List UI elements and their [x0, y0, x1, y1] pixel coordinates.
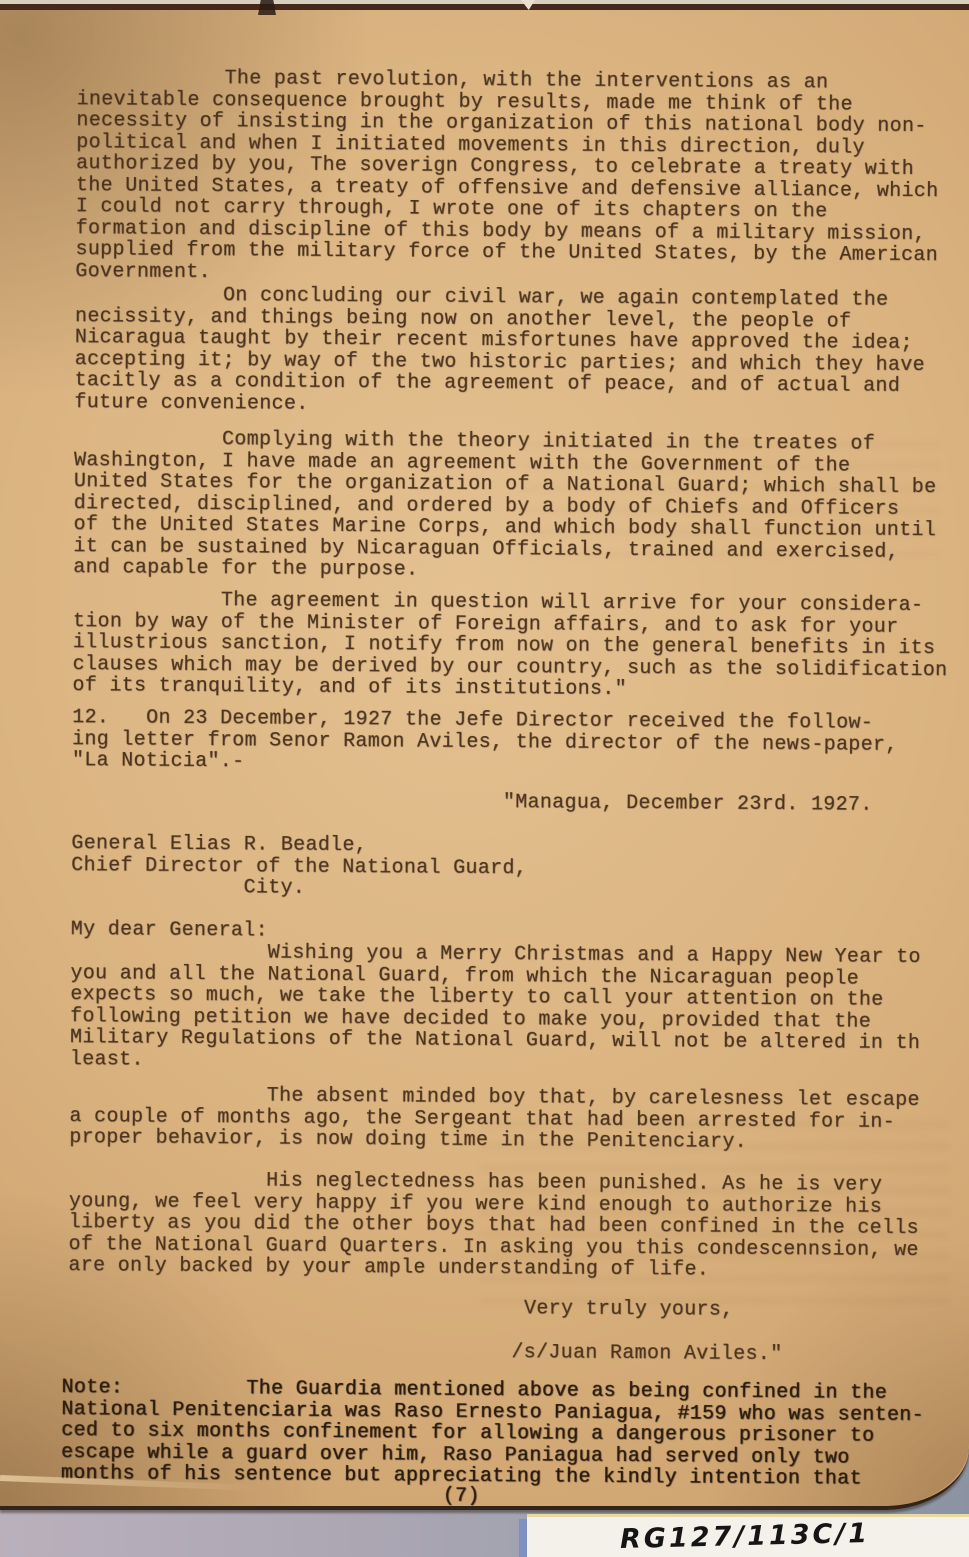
quoted-paragraph-civil-war: On concluding our civil war, we again co…	[74, 284, 925, 419]
letter-signature: /s/Juan Ramon Aviles."	[68, 1339, 783, 1365]
typewritten-text-layer: The past revolution, with the interventi…	[0, 3, 969, 1510]
item-12-intro: 12. On 23 December, 1927 the Jefe Direct…	[72, 707, 898, 777]
archival-label: RG127/113C/1	[620, 1518, 871, 1555]
letter-paragraph-pardon-request: His neglectedness has been punished. As …	[68, 1169, 919, 1282]
scanned-document-photo: The past revolution, with the interventi…	[0, 0, 969, 1557]
quoted-paragraph-treaty: Complying with the theory initiated in t…	[73, 428, 937, 585]
page-number: (7)	[61, 1483, 480, 1507]
blue-label-mark	[519, 1519, 527, 1557]
letter-address: General Elias R. Beadle, Chief Director …	[71, 833, 527, 901]
quoted-paragraph-revolution: The past revolution, with the interventi…	[75, 67, 939, 288]
letter-paragraph-sergeant: The absent minded boy that, by carelesne…	[69, 1084, 920, 1154]
quoted-paragraph-agreement: The agreement in question will arrive fo…	[72, 589, 948, 703]
letter-dateline: "Managua, December 23rd. 1927.	[72, 789, 873, 816]
letter-paragraph-greeting: Wishing you a Merry Christmas and a Happ…	[70, 941, 921, 1076]
note-block: Note: The Guardia mentioned above as bei…	[61, 1377, 924, 1491]
letter-salutation: My dear General:	[71, 919, 268, 942]
letter-closing: Very truly yours,	[68, 1295, 734, 1321]
